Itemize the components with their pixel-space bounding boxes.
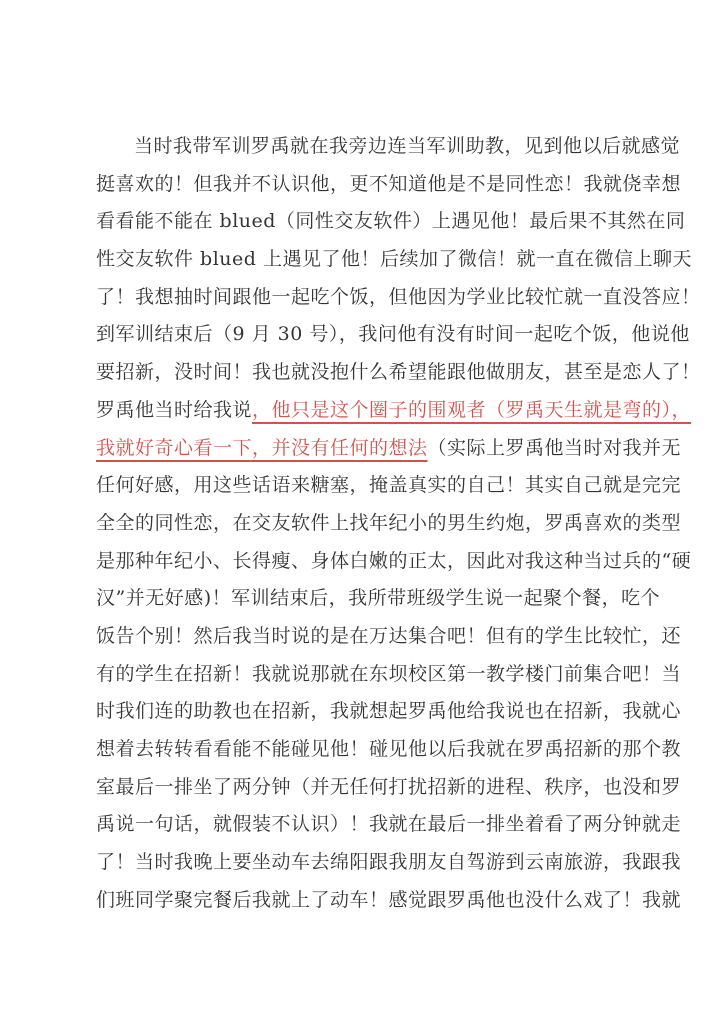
text-segment: 挺喜欢的！但我并不认识他，更不知道他是不是同性恋！我就侥幸想 — [96, 173, 681, 195]
text-segment: 饭告个别！然后我当时说的是在万达集合吧！但有的学生比较忙，还 — [96, 625, 681, 647]
text-segment: 有的学生在招新！我就说那就在东坝校区第一教学楼门前集合吧！当 — [96, 663, 681, 685]
text-segment: 了！当时我晚上要坐动车去绵阳跟我朋友自驾游到云南旅游，我跟我 — [96, 851, 681, 873]
text-line: 罗禹他当时给我说，他只是这个圈子的围观者（罗禹天生就是弯的）， — [96, 392, 629, 430]
text-segment: 到军训结束后（9 月 30 号），我问他有没有时间一起吃个饭，他说他 — [96, 323, 690, 345]
text-line: 看看能不能在 blued（同性交友软件）上遇见他！最后果不其然在同 — [96, 203, 629, 241]
text-segment: 了！我想抽时间跟他一起吃个饭，但他因为学业比较忙就一直没答应！ — [96, 286, 701, 308]
text-line: 有的学生在招新！我就说那就在东坝校区第一教学楼门前集合吧！当 — [96, 656, 629, 694]
text-line: 了！我想抽时间跟他一起吃个饭，但他因为学业比较忙就一直没答应！ — [96, 279, 629, 317]
text-line: 性交友软件 blued 上遇见了他！后续加了微信！就一直在微信上聊天 — [96, 241, 629, 279]
text-line: 我就好奇心看一下，并没有任何的想法（实际上罗禹他当时对我并无 — [96, 430, 629, 468]
document-page: 当时我带军训罗禹就在我旁边连当军训助教，见到他以后就感觉 挺喜欢的！但我并不认识… — [0, 0, 724, 1024]
text-segment: 全全的同性恋，在交友软件上找年纪小的男生约炮，罗禹喜欢的类型 — [96, 512, 681, 534]
text-segment: 性交友软件 blued 上遇见了他！后续加了微信！就一直在微信上聊天 — [96, 248, 692, 270]
text-line: 当时我带军训罗禹就在我旁边连当军训助教，见到他以后就感觉 — [96, 128, 629, 166]
highlighted-text-segment: ，他只是这个圈子的围观者（罗禹天生就是弯的）， — [252, 399, 691, 421]
text-line: 全全的同性恋，在交友软件上找年纪小的男生约炮，罗禹喜欢的类型 — [96, 505, 629, 543]
text-segment: 时我们连的助教也在招新，我就想起罗禹他给我说也在招新，我就心 — [96, 700, 681, 722]
text-line: 室最后一排坐了两分钟（并无任何打扰招新的进程、秩序，也没和罗 — [96, 769, 629, 807]
document-text-block: 当时我带军训罗禹就在我旁边连当军训助教，见到他以后就感觉 挺喜欢的！但我并不认识… — [96, 128, 629, 919]
text-segment: 任何好感，用这些话语来糖塞，掩盖真实的自己！其实自己就是完完 — [96, 474, 681, 496]
text-segment: 室最后一排坐了两分钟（并无任何打扰招新的进程、秩序，也没和罗 — [96, 776, 681, 798]
text-line: 挺喜欢的！但我并不认识他，更不知道他是不是同性恋！我就侥幸想 — [96, 166, 629, 204]
text-line: 是那种年纪小、长得瘦、身体白嫩的正太，因此对我这种当过兵的“硬 — [96, 543, 629, 581]
text-segment: 要招新，没时间！我也就没抱什么希望能跟他做朋友，甚至是恋人了！ — [96, 361, 701, 383]
text-line: 汉”并无好感)！军训结束后，我所带班级学生说一起聚个餐，吃个 — [96, 580, 629, 618]
text-line: 要招新，没时间！我也就没抱什么希望能跟他做朋友，甚至是恋人了！ — [96, 354, 629, 392]
text-segment: 看看能不能在 blued（同性交友软件）上遇见他！最后果不其然在同 — [96, 210, 685, 232]
text-line: 禹说一句话，就假装不认识）！我就在最后一排坐着看了两分钟就走 — [96, 806, 629, 844]
text-line: 饭告个别！然后我当时说的是在万达集合吧！但有的学生比较忙，还 — [96, 618, 629, 656]
text-line: 们班同学聚完餐后我就上了动车！感觉跟罗禹他也没什么戏了！我就 — [96, 882, 629, 920]
text-line: 任何好感，用这些话语来糖塞，掩盖真实的自己！其实自己就是完完 — [96, 467, 629, 505]
text-segment: 想着去转转看看能不能碰见他！碰见他以后我就在罗禹招新的那个教 — [96, 738, 681, 760]
text-segment: 们班同学聚完餐后我就上了动车！感觉跟罗禹他也没什么戏了！我就 — [96, 889, 681, 911]
text-line: 到军训结束后（9 月 30 号），我问他有没有时间一起吃个饭，他说他 — [96, 316, 629, 354]
text-segment: （实际上罗禹他当时对我并无 — [428, 437, 682, 459]
text-segment: 汉”并无好感)！军训结束后，我所带班级学生说一起聚个餐，吃个 — [96, 587, 660, 609]
highlighted-text-segment: 我就好奇心看一下，并没有任何的想法 — [96, 437, 428, 459]
text-segment: 禹说一句话，就假装不认识）！我就在最后一排坐着看了两分钟就走 — [96, 813, 681, 835]
text-line: 了！当时我晚上要坐动车去绵阳跟我朋友自驾游到云南旅游，我跟我 — [96, 844, 629, 882]
text-segment: 当时我带军训罗禹就在我旁边连当军训助教，见到他以后就感觉 — [134, 135, 680, 157]
text-line: 想着去转转看看能不能碰见他！碰见他以后我就在罗禹招新的那个教 — [96, 731, 629, 769]
text-segment: 是那种年纪小、长得瘦、身体白嫩的正太，因此对我这种当过兵的“硬 — [96, 550, 691, 572]
text-segment: 罗禹他当时给我说 — [96, 399, 252, 421]
text-line: 时我们连的助教也在招新，我就想起罗禹他给我说也在招新，我就心 — [96, 693, 629, 731]
